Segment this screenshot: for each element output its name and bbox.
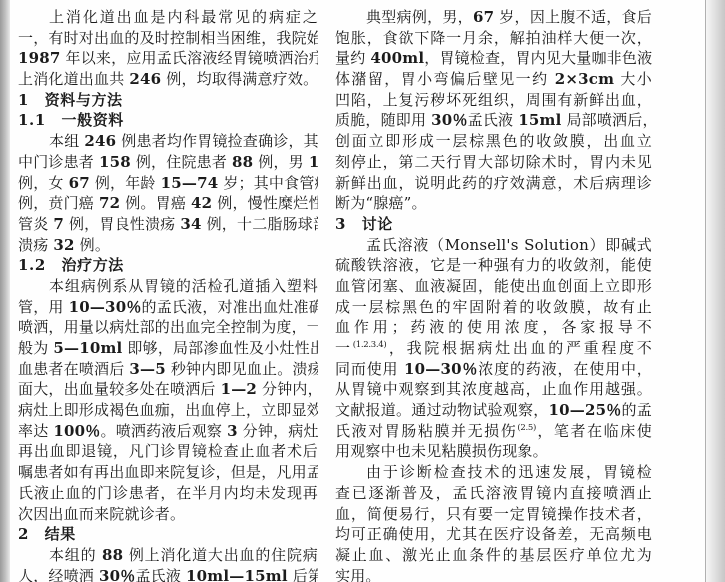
text-line: 嘱患者如有再出血即来院复诊，但是，凡用孟 [18,462,318,483]
right-column: 典型病例，男，67 岁，因上腹不适，食后饱胀，食欲下降一月余，解拍油样大便一次，… [335,7,652,582]
text-line: 从胃镜中观察到其浓度越高，止血作用越强。 [335,379,652,400]
text-line: 2 结果 [18,524,318,545]
text-line: 凝止血、激光止血条件的基层医疗单位尤为 [335,545,652,566]
text-line: 上消化道出血是内科最常见的病症之 [18,7,318,28]
text-line: 面大，出血量较多处在喷洒后 1—2 分钟内， [18,379,318,400]
text-line: 一，有时对出血的及时控制相当困维，我院始 [18,28,318,49]
text-line: 均可正确使用，尤其在医疗设备差，无高频电 [335,524,652,545]
text-line: 血管闭塞、血液凝固，能使出血创面上立即形 [335,276,652,297]
text-line: 般为 5—10ml 即够，局部渗血性及小灶性出 [18,338,318,359]
text-line: 1987 年以来，应用孟氏溶液经胃镜喷洒治疗 [18,48,318,69]
text-line: 例，贲门癌 72 例。胃癌 42 例，慢性糜烂性食 [18,193,318,214]
citation-superscript: (2.5) [517,423,536,433]
text-line: 实用。 [335,566,652,582]
text-line: 中门诊患者 158 例，住院患者 88 例，男 179 [18,152,318,173]
text-line: 质脆，随即用 30％孟氏液 15ml 局部喷洒后， [335,110,652,131]
citation-superscript: (1.2.3.4) [353,340,387,350]
text-line: 1.2 治疗方法 [18,255,318,276]
text-line: 血作用；药液的使用浓度，各家报导不 [335,317,652,338]
text-line: 体潴留，胃小弯偏后壁见一约 2×3cm 大小 [335,69,652,90]
scanner-edge-left [0,0,10,582]
text-line: 次因出血而来院就诊者。 [18,504,318,525]
text-line: 血患者在喷酒后 3—5 秒钟内即见血止。溃疡 [18,359,318,380]
text-line: 氏液对胃肠粘膜并无损伤(2.5)，笔者在临床使 [335,421,652,442]
text-line: 氏液止血的门诊患者，在半月内均未发现再 [18,483,318,504]
text-line: 血，简便易行，只有要一定胃镜操作技术者， [335,504,652,525]
text-line: 断为“腺癌”。 [335,193,652,214]
text-line: 典型病例，男，67 岁，因上腹不适，食后 [335,7,652,28]
text-line: 本组病例系从胃镜的活检孔道插入塑料 [18,276,318,297]
text-line: 凹陷，上复污秽坏死组织，周围有新鲜出血， [335,90,652,111]
text-line: 3 讨论 [335,214,652,235]
text-line: 用观察中也未见粘膜损伤现象。 [335,441,652,462]
text-line: 管炎 7 例，胃良性溃疡 34 例，十二脂肠球部 [18,214,318,235]
text-line: 1 资料与方法 [18,90,318,111]
text-line: 本组的 88 例上消化道大出血的住院病 [18,545,318,566]
text-line: 本组 246 例患者均作胃镜捡查确诊，其 [18,131,318,152]
text-line: 人，经喷洒 30％孟氏液 10ml—15ml 后第二 [18,566,318,582]
text-line: 由于诊断检查技术的迅速发展，胃镜检 [335,462,652,483]
text-line: 硫酸铁溶液，它是一种强有力的收敛剂，能使 [335,255,652,276]
text-line: 例，女 67 例，年龄 15—74 岁；其中食管癌 59 [18,173,318,194]
scan-page: 上消化道出血是内科最常见的病症之一，有时对出血的及时控制相当困维，我院始1987… [0,0,725,582]
text-line: 文献报道。通过动物试验观察，10—25％的孟 [335,400,652,421]
text-line: 溃疡 32 例。 [18,235,318,256]
text-line: 病灶上即形成褐色血痂，出血停上，立即显效 [18,400,318,421]
scanner-edge-right [705,0,725,582]
text-line: 管，用 10—30％的孟氏液，对准出血灶准确 [18,297,318,318]
text-line: 上消化道出血共 246 例，均取得满意疗效。 [18,69,318,90]
left-column: 上消化道出血是内科最常见的病症之一，有时对出血的及时控制相当困维，我院始1987… [18,7,318,582]
text-line: 1.1 一般资料 [18,110,318,131]
text-line: 再出血即退镜，凡门诊胃镜检查止血者术后 [18,441,318,462]
text-line: 查已逐渐普及，孟氏溶液胃镜内直接喷酒止 [335,483,652,504]
text-line: 新鲜出血，说明此药的疗效满意，术后病理诊 [335,173,652,194]
text-line: 同而使用 10—30％浓度的药液，在使用中， [335,359,652,380]
text-line: 孟氏溶液（Monsell's Solution）即碱式 [335,235,652,256]
text-line: 创面立即形成一层棕黑色的收敛膜，出血立 [335,131,652,152]
text-line: 量约 400ml，胃镜检查，胃内见大量咖非色液 [335,48,652,69]
text-line: 喷洒，用量以病灶部的出血完全控制为度，一 [18,317,318,338]
text-line: 刻停止，第二天行胃大部切除术时，胃内未见 [335,152,652,173]
text-line: 一(1.2.3.4)，我院根据病灶出血的严重程度不 [335,338,652,359]
text-line: 率达 100％。喷洒药液后观察 3 分钟，病灶不 [18,421,318,442]
text-line: 成一层棕黑色的牢固附着的收敛膜，故有止 [335,297,652,318]
text-line: 饱胀，食欲下降一月余，解拍油样大便一次， [335,28,652,49]
